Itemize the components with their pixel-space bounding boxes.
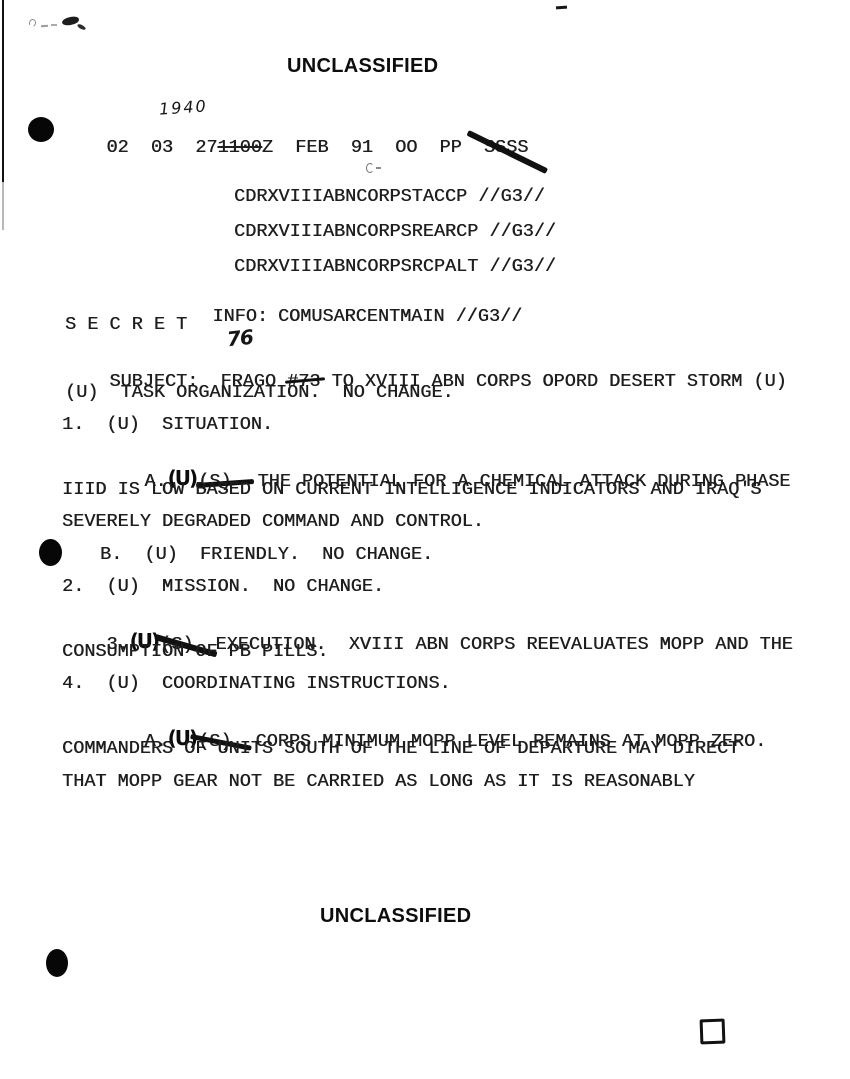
dtg-suffix: Z FEB 91 OO PP	[262, 137, 484, 158]
classification-banner-bottom: UNCLASSIFIED	[320, 905, 471, 928]
hole-punch-dot	[46, 949, 68, 977]
scan-edge-line	[2, 0, 4, 182]
paragraph-1a-continuation: IIID IS LOW BASED ON CURRENT INTELLIGENC…	[62, 479, 761, 501]
struck-routing-indicator: SSSS	[484, 137, 528, 159]
paragraph-2: 2. (U) MISSION. NO CHANGE.	[62, 576, 384, 598]
paragraph-1a-continuation: SEVERELY DEGRADED COMMAND AND CONTROL.	[62, 511, 484, 533]
paragraph-3-continuation: CONSUMPTION OF PB PILLS.	[62, 641, 328, 663]
addressee-line: CDRXVIIIABNCORPSTACCP //G3//	[234, 186, 545, 208]
scan-artifact-dash	[51, 24, 57, 26]
classification-line: S E C R E T	[65, 314, 187, 336]
scan-artifact-dash	[556, 6, 567, 10]
hole-punch-dot	[39, 539, 62, 566]
addressee-line: CDRXVIIIABNCORPSRCPALT //G3//	[234, 256, 556, 278]
hole-punch-dot	[28, 117, 54, 142]
scan-edge-line-faded	[2, 182, 4, 230]
task-organization-line: (U) TASK ORGANIZATION. NO CHANGE.	[65, 382, 454, 404]
scan-artifact-scribble	[77, 23, 87, 31]
info-value: COMUSARCENTMAIN //G3//	[278, 306, 522, 327]
scan-artifact-mark	[28, 18, 37, 28]
addressee-line: CDRXVIIIABNCORPSREARCP //G3//	[234, 221, 556, 243]
handwritten-box-mark	[700, 1019, 726, 1045]
dtg-prefix: 02 03 27	[106, 137, 217, 158]
paragraph-4a-continuation: COMMANDERS OF UNITS SOUTH OF THE LINE OF…	[62, 738, 739, 760]
handwritten-frago-number: 76	[226, 325, 254, 352]
message-header-line: 02 03 271100Z FEB 91 OO PP SSSS	[62, 115, 528, 181]
info-addressee-line: INFO:COMUSARCENTMAIN //G3//	[168, 284, 522, 350]
paragraph-4: 4. (U) COORDINATING INSTRUCTIONS.	[62, 673, 451, 695]
paragraph-1b: B. (U) FRIENDLY. NO CHANGE.	[100, 544, 433, 566]
info-label: INFO:	[212, 306, 268, 327]
struck-time: 1100	[217, 137, 261, 158]
paragraph-1: 1. (U) SITUATION.	[62, 414, 273, 436]
classification-banner-top: UNCLASSIFIED	[287, 55, 438, 78]
scanned-document-page: UNCLASSIFIED 1940 02 03 271100Z FEB 91 O…	[0, 0, 850, 1079]
paragraph-4a-continuation: THAT MOPP GEAR NOT BE CARRIED AS LONG AS…	[62, 771, 695, 793]
scan-artifact-dash	[41, 25, 48, 28]
